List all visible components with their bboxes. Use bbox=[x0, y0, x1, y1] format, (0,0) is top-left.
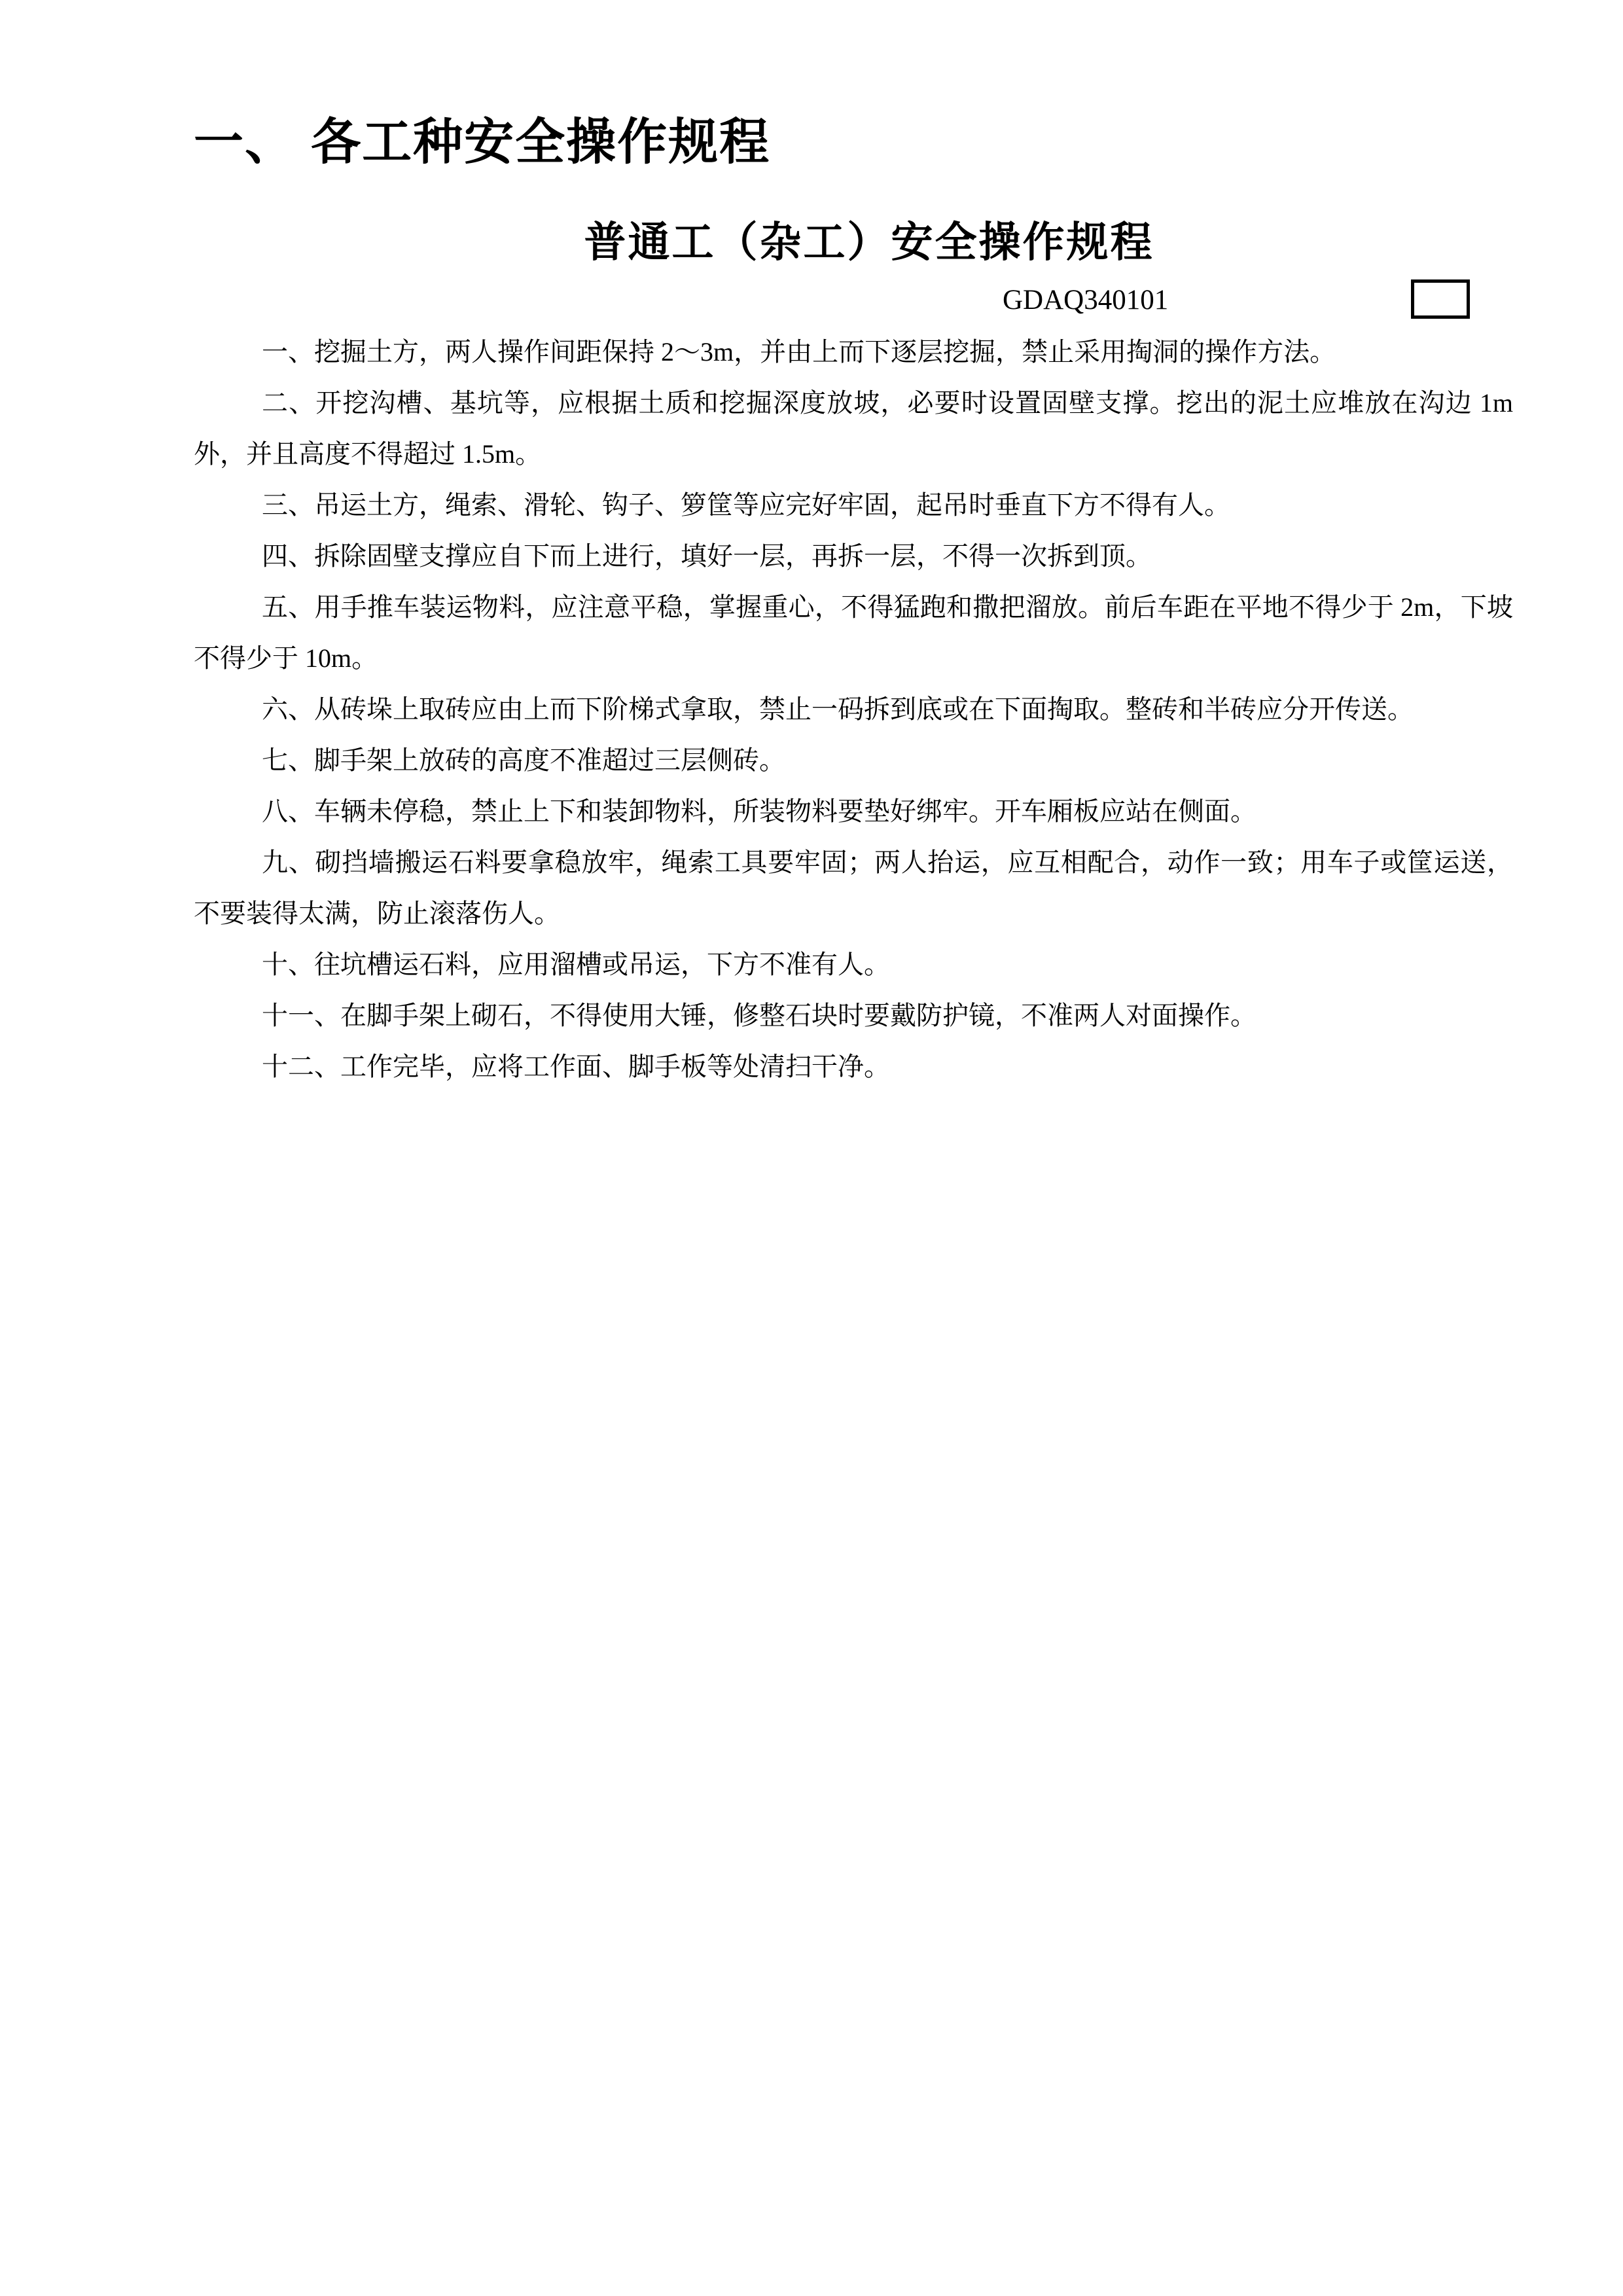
paragraph: 六、从砖垛上取砖应由上而下阶梯式拿取，禁止一码拆到底或在下面掏取。整砖和半砖应分… bbox=[194, 684, 1513, 735]
paragraph: 五、用手推车装运物料，应注意平稳，掌握重心，不得猛跑和撒把溜放。前后车距在平地不… bbox=[194, 582, 1513, 684]
paragraph: 十二、工作完毕，应将工作面、脚手板等处清扫干净。 bbox=[194, 1041, 1513, 1092]
page-title: 一、 各工种安全操作规程 bbox=[194, 113, 770, 173]
section-title: 普通工（杂工）安全操作规程 bbox=[0, 216, 1623, 268]
paragraph: 七、脚手架上放砖的高度不准超过三层侧砖。 bbox=[194, 735, 1513, 786]
paragraph: 二、开挖沟槽、基坑等，应根据土质和挖掘深度放坡，必要时设置固壁支撑。挖出的泥土应… bbox=[194, 378, 1513, 480]
revision-box bbox=[1411, 279, 1470, 319]
doc-code: GDAQ340101 bbox=[1003, 284, 1168, 317]
document-body: 一、挖掘土方，两人操作间距保持 2～3m，并由上而下逐层挖掘，禁止采用掏洞的操作… bbox=[194, 327, 1513, 1092]
paragraph: 九、砌挡墙搬运石料要拿稳放牢，绳索工具要牢固；两人抬运，应互相配合，动作一致；用… bbox=[194, 837, 1513, 939]
paragraph: 十、往坑槽运石料，应用溜槽或吊运，下方不准有人。 bbox=[194, 939, 1513, 990]
paragraph: 四、拆除固壁支撑应自下而上进行，填好一层，再拆一层，不得一次拆到顶。 bbox=[194, 531, 1513, 582]
paragraph: 八、车辆未停稳，禁止上下和装卸物料，所装物料要垫好绑牢。开车厢板应站在侧面。 bbox=[194, 786, 1513, 837]
document-page: 一、 各工种安全操作规程 普通工（杂工）安全操作规程 GDAQ340101 一、… bbox=[0, 0, 1623, 2296]
paragraph: 十一、在脚手架上砌石，不得使用大锤，修整石块时要戴防护镜，不准两人对面操作。 bbox=[194, 990, 1513, 1041]
paragraph: 一、挖掘土方，两人操作间距保持 2～3m，并由上而下逐层挖掘，禁止采用掏洞的操作… bbox=[194, 327, 1513, 378]
paragraph: 三、吊运土方，绳索、滑轮、钩子、箩筐等应完好牢固，起吊时垂直下方不得有人。 bbox=[194, 480, 1513, 531]
